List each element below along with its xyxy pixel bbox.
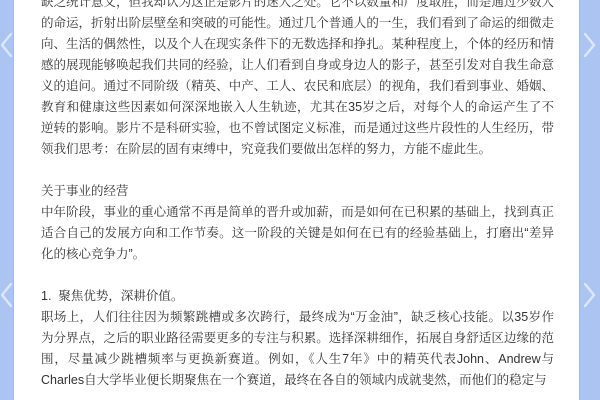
- text-line: 向、生活的偶然性，以及个人在现实条件下的无数选择和挣扎。某种程度上，个体的经历和…: [41, 34, 554, 55]
- article-text: 缺乏统计意义，但我却认为这正是影片的迷人之处。它不以数量和广度取胜，而是通过少数…: [41, 0, 554, 391]
- article-page: 缺乏统计意义，但我却认为这正是影片的迷人之处。它不以数量和广度取胜，而是通过少数…: [0, 0, 600, 400]
- text-line: 教育和健康这些因素如何深深地嵌入人生轨迹，尤其在35岁之后，对每个人的命运产生了…: [41, 97, 554, 118]
- carousel-right-rail: [579, 0, 600, 400]
- text-line: 围，尽量减少跳槽频率与更换新赛道。例如，《人生7年》中的精英代表John、And…: [41, 349, 554, 370]
- article-content: 缺乏统计意义，但我却认为这正是影片的迷人之处。它不以数量和广度取胜，而是通过少数…: [14, 0, 579, 400]
- next-arrow-icon[interactable]: [583, 31, 596, 59]
- text-line: 1. 聚焦优势，深耕价值。: [41, 286, 554, 307]
- paragraph-career-midlife: 中年阶段，事业的重心通常不再是简单的晋升或加薪，而是如何在已积累的基础上，找到真…: [41, 202, 554, 265]
- text-line: Charles自大学毕业便长期聚焦在一个赛道，最终在各自的领域内成就斐然，而他们…: [41, 370, 554, 391]
- text-line: 逆转的影响。影片不是科研实验，也不曾试图定义标准，而是通过这些片段性的人生经历，…: [41, 118, 554, 139]
- text-line: 关于事业的经营: [41, 181, 554, 202]
- text-line: 适合自己的发展方向和工作节奏。这一阶段的关键是如何在已有的经验基础上，打磨出“差…: [41, 223, 554, 244]
- text-line: 为分界点，之后的职业路径需要更多的专注与积累。选择深耕细作，拓展自身舒适区边缘的…: [41, 328, 554, 349]
- text-line: 领我们思考：在阶层的固有束缚中，究竟我们要做出怎样的努力，方能不虚此生。: [41, 139, 554, 160]
- text-line: 义的追问。通过不同阶级（精英、中产、工人、农民和底层）的视角，我们看到事业、婚姻…: [41, 76, 554, 97]
- text-line: 缺乏统计意义，但我却认为这正是影片的迷人之处。它不以数量和广度取胜，而是通过少数…: [41, 0, 554, 13]
- list-item-focus-strengths: 1. 聚焦优势，深耕价值。: [41, 286, 554, 307]
- paragraph-film-reflection: 缺乏统计意义，但我却认为这正是影片的迷人之处。它不以数量和广度取胜，而是通过少数…: [41, 0, 554, 160]
- text-line: 中年阶段，事业的重心通常不再是简单的晋升或加薪，而是如何在已积累的基础上，找到真…: [41, 202, 554, 223]
- text-line: 感的展现能够唤起我们共同的经验，让人们看到自身或身边人的影子，甚至引发对自我生命…: [41, 55, 554, 76]
- next-arrow-icon[interactable]: [583, 281, 596, 309]
- prev-arrow-icon[interactable]: [0, 281, 13, 309]
- prev-arrow-icon[interactable]: [0, 31, 13, 59]
- carousel-left-rail: [0, 0, 14, 400]
- text-line: 化的核心竞争力”。: [41, 244, 554, 265]
- section-heading-career: 关于事业的经营: [41, 181, 554, 202]
- text-line: 职场上，人们往往因为频繁跳槽或多次跨行，最终成为“万金油”，缺乏核心技能。以35…: [41, 307, 554, 328]
- text-line: 的命运，折射出阶层壁垒和突破的可能性。通过几个普通人的一生，我们看到了命运的细微…: [41, 13, 554, 34]
- paragraph-career-focus: 职场上，人们往往因为频繁跳槽或多次跨行，最终成为“万金油”，缺乏核心技能。以35…: [41, 307, 554, 391]
